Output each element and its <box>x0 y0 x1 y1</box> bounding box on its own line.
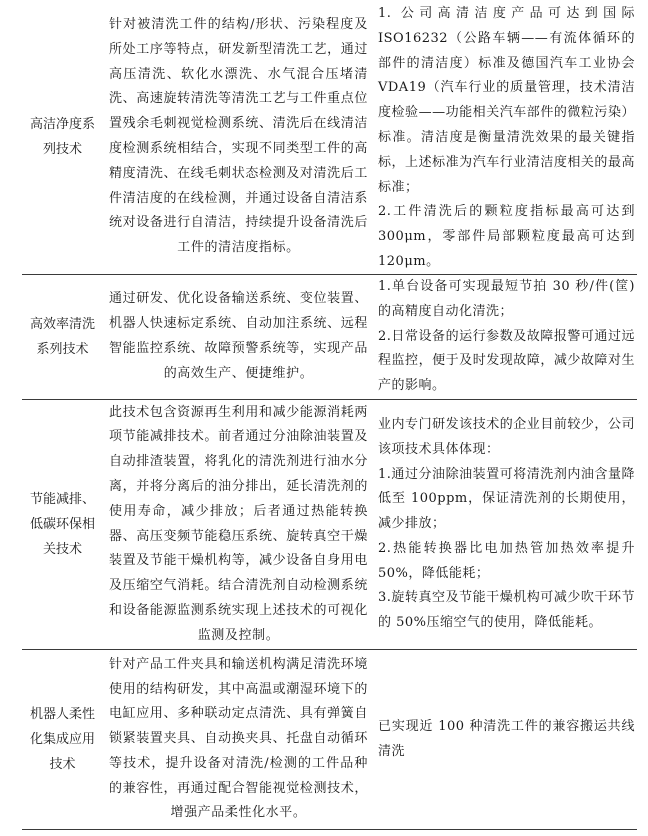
technology-description-cell: 针对被清洗工件的结构/形状、污染程度及所处工序等特点，研发新型清洗工艺，通过高压… <box>103 0 372 274</box>
technology-name-cell: 机器人柔性化集成应用技术 <box>22 650 103 829</box>
technology-results-cell: 1. 公司高清洁度产品可达到国际ISO16232（公路车辆——有流体循环的部件的… <box>372 0 637 274</box>
result-item: 2.日常设备的运行参数及故障报警可通过远程监控，便于及时发现故障，减少故障对生产… <box>378 325 635 399</box>
result-item: 2.热能转换器比电加热管加热效率提升50%，降低能耗； <box>378 537 635 587</box>
technology-name-cell: 高洁净度系列技术 <box>22 0 103 274</box>
technology-results-cell: 业内专门研发该技术的企业目前较少，公司该项技术具体体现： 1.通过分油除油装置可… <box>372 400 637 649</box>
result-item: 已实现近 100 种清洗工件的兼容搬运共线清洗 <box>378 715 635 765</box>
result-item: 3.旋转真空及节能干燥机构可减少吹干环节的 50%压缩空气的使用，降低能耗。 <box>378 586 635 636</box>
result-item: 1.通过分油除油装置可将清洗剂内油含量降低至 100ppm，保证清洗剂的长期使用… <box>378 463 635 537</box>
technology-results-cell: 已实现近 100 种清洗工件的兼容搬运共线清洗 <box>372 650 637 829</box>
result-item: 1.单台设备可实现最短节拍 30 秒/件(筐)的高精度自动化清洗； <box>378 275 635 325</box>
result-item: 1. 公司高清洁度产品可达到国际ISO16232（公路车辆——有流体循环的部件的… <box>378 2 635 200</box>
technology-table: 高洁净度系列技术 针对被清洗工件的结构/形状、污染程度及所处工序等特点，研发新型… <box>22 0 637 830</box>
technology-name-cell: 高效率清洗系列技术 <box>22 275 103 399</box>
technology-results-cell: 1.单台设备可实现最短节拍 30 秒/件(筐)的高精度自动化清洗； 2.日常设备… <box>372 275 637 399</box>
result-item: 业内专门研发该技术的企业目前较少，公司该项技术具体体现： <box>378 413 635 463</box>
technology-description-cell: 通过研发、优化设备输送系统、变位装置、机器人快速标定系统、自动加注系统、远程智能… <box>103 275 372 399</box>
table-row: 机器人柔性化集成应用技术 针对产品工件夹具和输送机构满足清洗环境使用的结构研发，… <box>22 650 637 830</box>
technology-name-cell: 节能减排、低碳环保相关技术 <box>22 400 103 649</box>
table-row: 高效率清洗系列技术 通过研发、优化设备输送系统、变位装置、机器人快速标定系统、自… <box>22 275 637 400</box>
technology-description-cell: 针对产品工件夹具和输送机构满足清洗环境使用的结构研发，其中高温或潮湿环境下的电缸… <box>103 650 372 829</box>
technology-description-cell: 此技术包含资源再生利用和减少能源消耗两项节能减排技术。前者通过分油除油装置及自动… <box>103 400 372 649</box>
table-row: 高洁净度系列技术 针对被清洗工件的结构/形状、污染程度及所处工序等特点，研发新型… <box>22 0 637 275</box>
table-row: 节能减排、低碳环保相关技术 此技术包含资源再生利用和减少能源消耗两项节能减排技术… <box>22 400 637 650</box>
result-item: 2.工件清洗后的颗粒度指标最高可达到300μm，零部件局部颗粒度最高可达到120… <box>378 200 635 274</box>
